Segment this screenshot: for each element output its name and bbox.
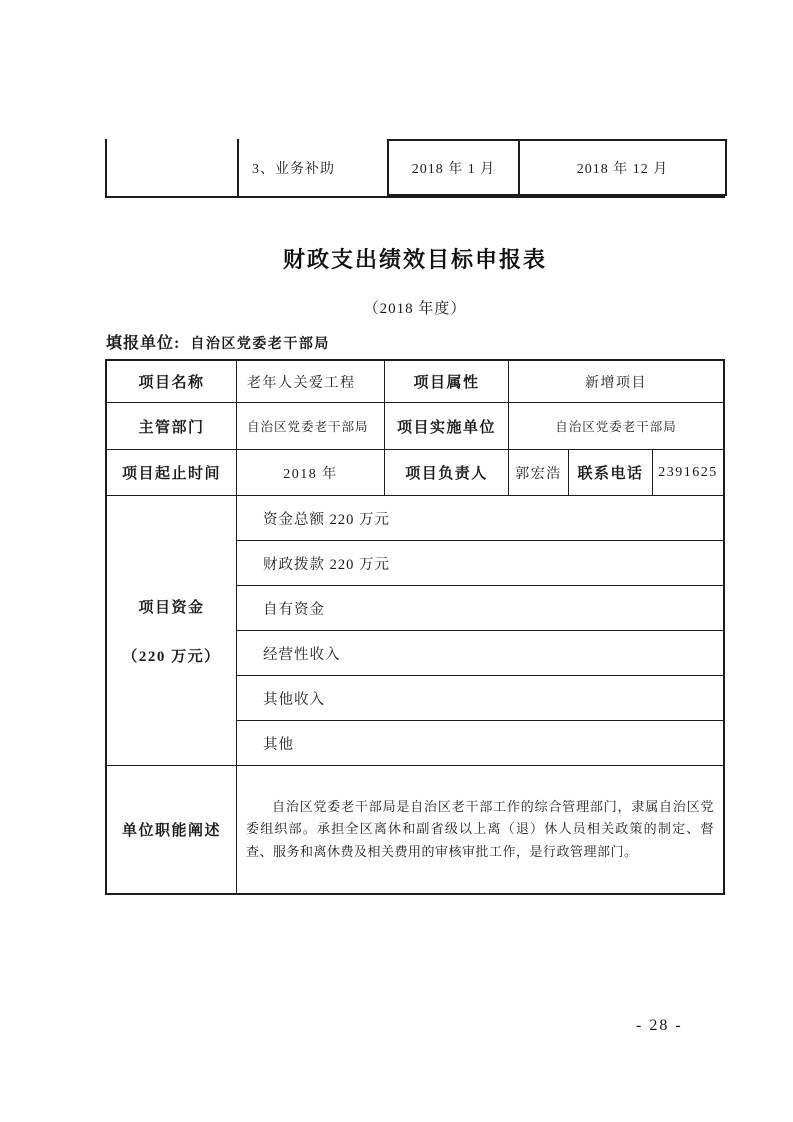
project-period-header: 项目起止时间 [107, 450, 237, 496]
project-funds-header: 项目资金 （220 万元） [107, 496, 237, 766]
fragment-item-cell: 3、业务补助 [239, 139, 387, 196]
unit-function-text: 自治区党委老干部局是自治区老干部工作的综合管理部门，隶属自治区党委组织部。承担全… [246, 796, 714, 864]
fragment-start-date: 2018 年 1 月 [412, 158, 496, 178]
funds-operating-income-cell: 经营性收入 [237, 631, 723, 676]
supervising-department-header: 主管部门 [107, 403, 237, 450]
contact-phone-value: 2391625 [653, 450, 723, 496]
project-funds-title: 项目资金 [138, 596, 204, 617]
funds-total-cell: 资金总额 220 万元 [237, 496, 723, 541]
previous-table-fragment: 3、业务补助 2018 年 1 月 2018 年 12 月 [105, 139, 725, 198]
reporting-unit-line: 填报单位:自治区党委老干部局 [106, 330, 330, 353]
document-title: 财政支出绩效目标申报表 [105, 243, 725, 274]
unit-function-header: 单位职能阐述 [107, 766, 237, 893]
project-period-value: 2018 年 [237, 450, 385, 496]
document-page: 3、业务补助 2018 年 1 月 2018 年 12 月 财政支出绩效目标申报… [0, 0, 793, 1122]
implementing-unit-header: 项目实施单位 [385, 403, 509, 450]
project-leader-value: 郭宏浩 [509, 450, 569, 496]
fragment-item-label: 3、业务补助 [252, 158, 335, 178]
funds-fiscal-appropriation-cell: 财政拨款 220 万元 [237, 541, 723, 586]
project-funds-amount: （220 万元） [122, 645, 220, 666]
reporting-unit-label: 填报单位: [106, 335, 180, 352]
project-name-header: 项目名称 [107, 361, 237, 403]
fragment-start-date-cell: 2018 年 1 月 [387, 139, 520, 196]
fragment-end-date-cell: 2018 年 12 月 [520, 139, 727, 196]
document-subtitle: （2018 年度） [105, 297, 725, 318]
reporting-unit-value: 自治区党委老干部局 [190, 337, 330, 352]
implementing-unit-value: 自治区党委老干部局 [509, 403, 723, 450]
unit-function-cell: 自治区党委老干部局是自治区老干部工作的综合管理部门，隶属自治区党委组织部。承担全… [237, 766, 723, 893]
declaration-table: 项目名称 老年人关爱工程 项目属性 新增项目 主管部门 自治区党委老干部局 项目… [105, 359, 725, 895]
fragment-end-date: 2018 年 12 月 [577, 158, 669, 178]
project-name-value: 老年人关爱工程 [237, 361, 385, 403]
project-leader-header: 项目负责人 [385, 450, 509, 496]
page-number: - 28 - [636, 1017, 683, 1035]
project-attribute-value: 新增项目 [509, 361, 723, 403]
funds-other-income-cell: 其他收入 [237, 676, 723, 721]
supervising-department-value: 自治区党委老干部局 [237, 403, 385, 450]
contact-phone-header: 联系电话 [569, 450, 653, 496]
project-attribute-header: 项目属性 [385, 361, 509, 403]
funds-own-funds-cell: 自有资金 [237, 586, 723, 631]
funds-other-cell: 其他 [237, 721, 723, 766]
